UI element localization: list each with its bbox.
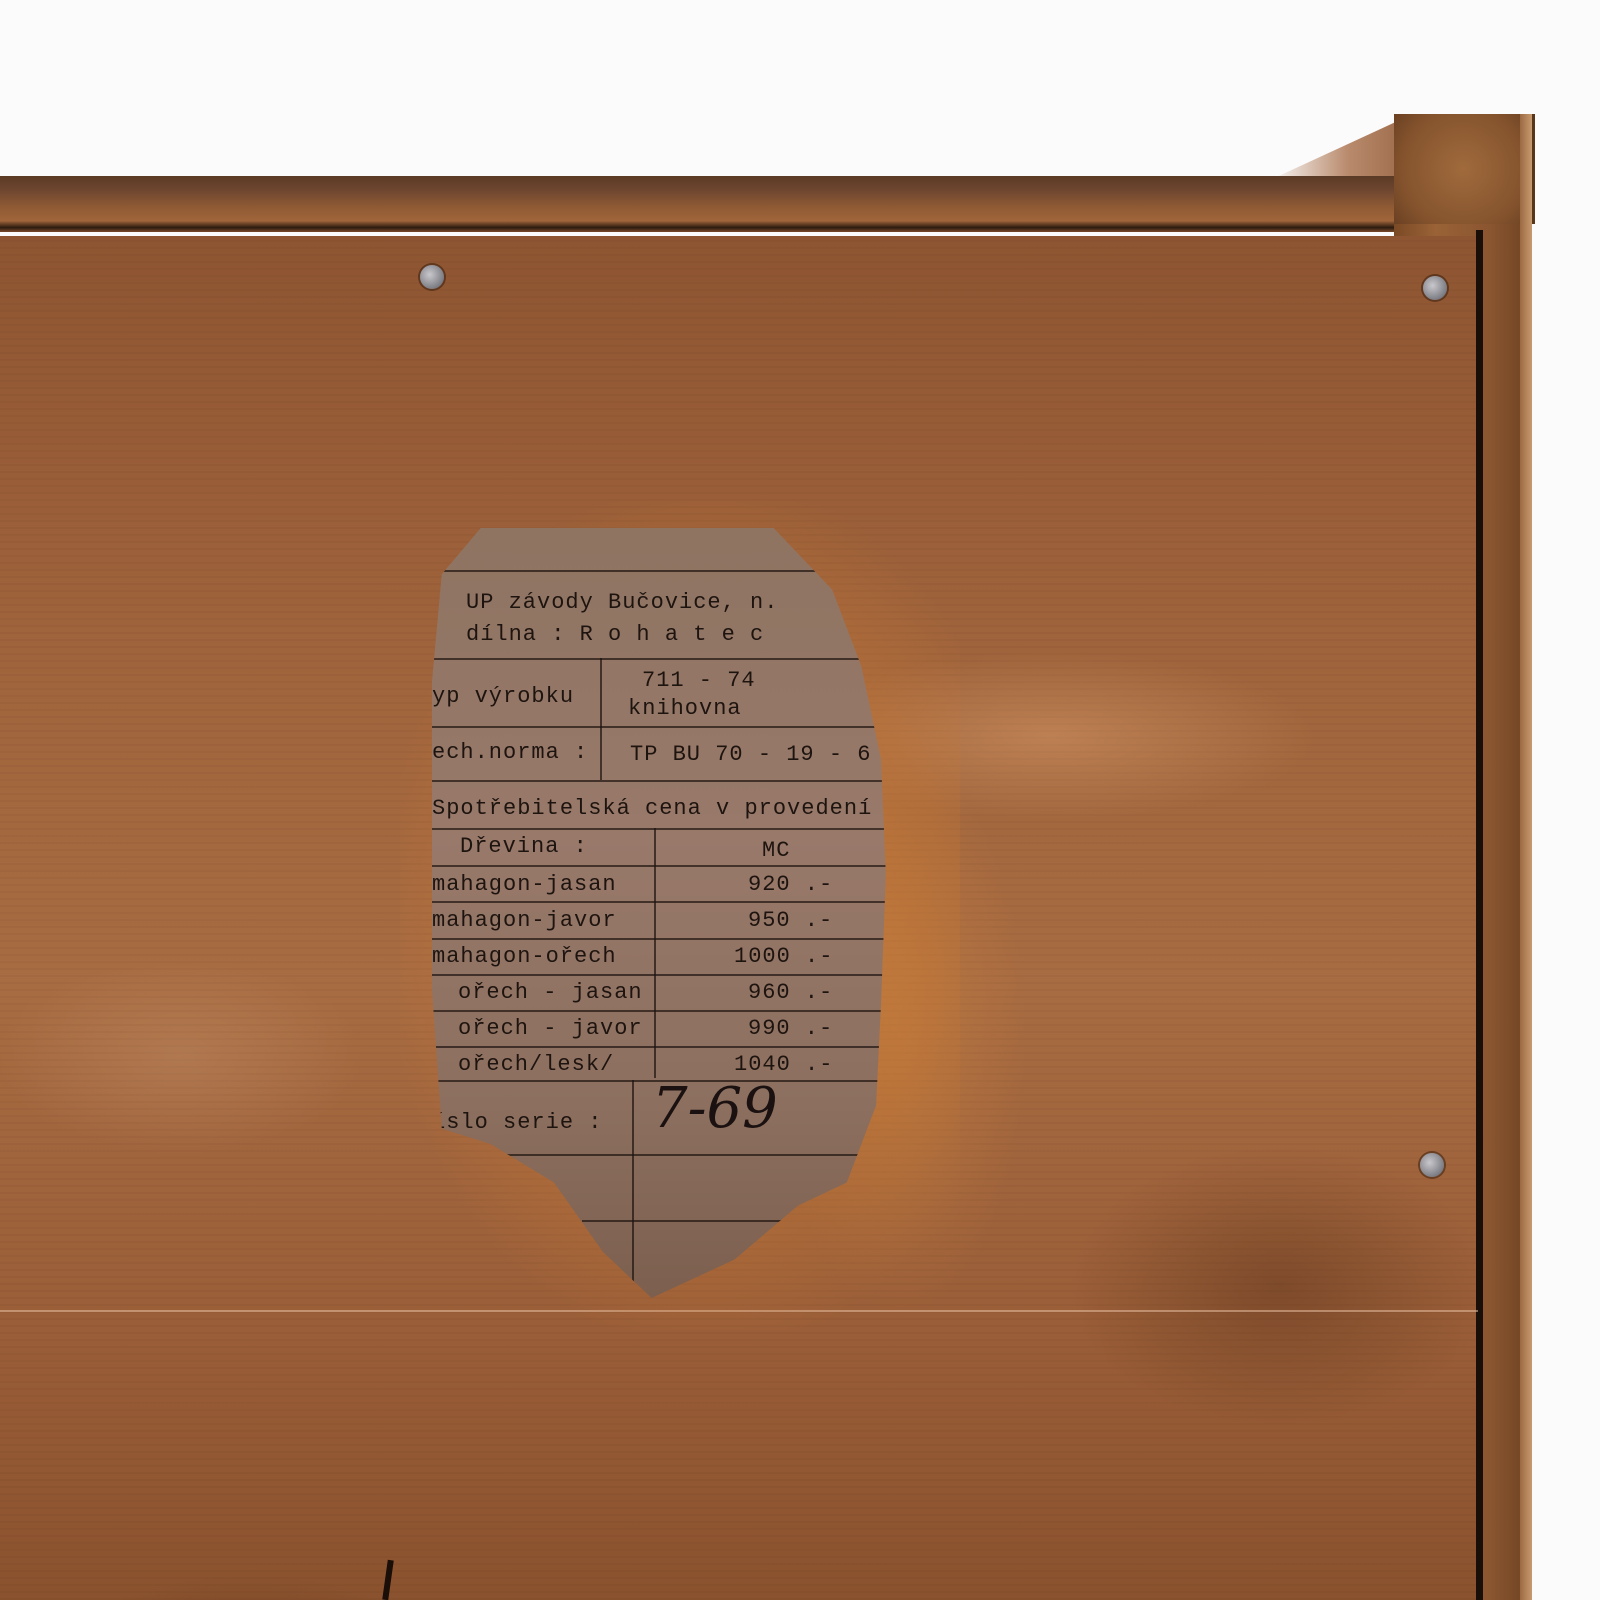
wood-row: mahagon-javor: [432, 908, 617, 933]
workshop-line: dílna : R o h a t e c: [466, 622, 764, 647]
post-edge: [1520, 114, 1532, 1600]
product-type-name: knihovna: [628, 696, 742, 721]
price-row: 920 .-: [748, 872, 833, 897]
wood-row: ořech - javor: [458, 1016, 643, 1041]
screw-head-icon: [1420, 1153, 1444, 1177]
product-type-code: 711 - 74: [642, 668, 756, 693]
wood-row: ořech - jasan: [458, 980, 643, 1005]
price-row: 990 .-: [748, 1016, 833, 1041]
wood-row: ořech/lesk/: [458, 1052, 614, 1077]
price-row: 960 .-: [748, 980, 833, 1005]
price-header: MC: [762, 838, 790, 863]
price-row: 1040 .-: [734, 1052, 833, 1077]
post-end-grain: [1394, 114, 1535, 224]
wood-header: Dřevina :: [460, 834, 588, 859]
price-row: 1000 .-: [734, 944, 833, 969]
cabinet-side-top: [1270, 120, 1400, 180]
product-type-key: yp výrobku: [432, 684, 574, 709]
tech-norm-key: ech.norma :: [432, 740, 588, 765]
screw-head-icon: [1423, 276, 1447, 300]
panel-gap: [1476, 230, 1483, 1600]
tech-norm-value: TP BU 70 - 19 - 6: [630, 742, 871, 767]
maker-line: UP závody Bučovice, n.: [466, 590, 778, 615]
series-handwritten: 7-69: [652, 1076, 778, 1141]
cabinet-top-rail: [0, 176, 1394, 232]
screw-head-icon: [420, 265, 444, 289]
price-row: 950 .-: [748, 908, 833, 933]
series-key: íslo serie :: [432, 1110, 602, 1135]
price-heading: Spotřebitelská cena v provedení: [432, 796, 872, 821]
wood-row: mahagon-ořech: [432, 944, 617, 969]
wood-row: mahagon-jasan: [432, 872, 617, 897]
